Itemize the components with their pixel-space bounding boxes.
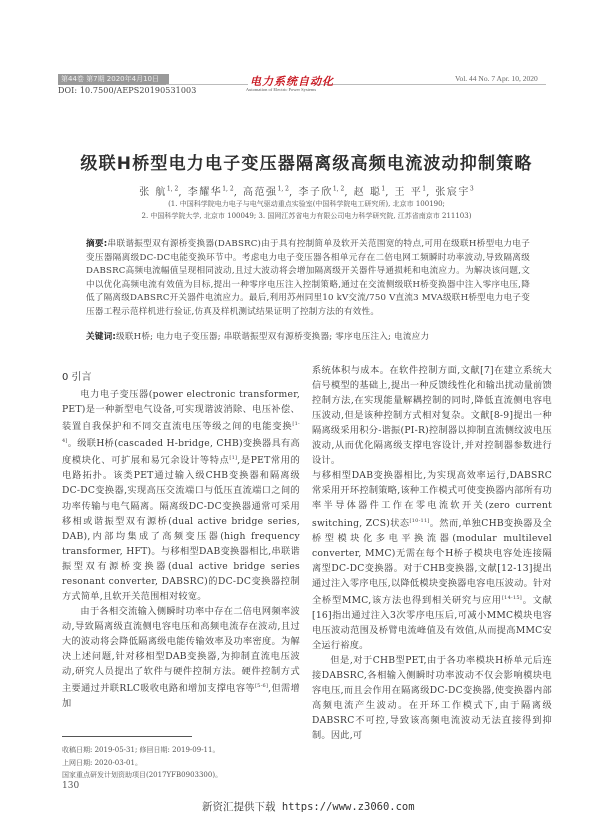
- issue-badge: 第44卷 第7期 2020年4月10日: [58, 74, 169, 85]
- online-date: 上网日期: 2020-03-01。: [62, 757, 222, 770]
- keywords: 关键词:级联H桥; 电力电子变压器; 串联谐振型双有源桥变换器; 零序电压注入;…: [86, 331, 530, 344]
- section-heading: 0 引言: [62, 368, 92, 383]
- affiliation-line-1: (1. 中国科学院电力电子与电气驱动重点实验室(中国科学院电工研究所), 北京市…: [0, 199, 613, 209]
- body-column-right: 系统体积与成本。在软件控制方面,文献[7]在建立系统大信号模型的基础上,提出一种…: [312, 363, 552, 743]
- journal-name-en: Automation of Electric Power Systems: [226, 87, 336, 92]
- download-watermark[interactable]: 新资汇提供下载 https://www.z3060.com: [202, 799, 415, 814]
- author-list: 张 航1, 2, 李耀华1, 2, 高范强1, 2, 李子欣1, 2, 赵 聪1…: [0, 183, 613, 198]
- citation[interactable]: [14-15]: [502, 595, 522, 601]
- citation[interactable]: [10-11]: [410, 517, 430, 523]
- abstract-text: 串联谐振型双有源桥变换器(DABSRC)由于具有控制简单及软开关范围宽的特点,可…: [86, 239, 530, 317]
- author: 李子欣1, 2: [298, 187, 344, 198]
- author: 王 平1: [395, 187, 427, 198]
- author: 高范强1, 2: [243, 187, 289, 198]
- keywords-text: 级联H桥; 电力电子变压器; 串联谐振型双有源桥变换器; 零序电压注入; 电流应…: [116, 332, 429, 342]
- author: 赵 聪1: [354, 187, 386, 198]
- funding: 国家重点研发计划资助项目(2017YFB0903300)。: [62, 769, 222, 782]
- watermark-text: 新资汇提供下载: [202, 801, 276, 813]
- abstract-label: 摘要:: [86, 239, 107, 249]
- volume-info: Vol. 44 No. 7 Apr. 10, 2020: [455, 74, 538, 83]
- paragraph: 但是,对于CHB型PET,由于各功率模块H桥单元后连接DABSRC,各相输入侧瞬…: [312, 653, 552, 743]
- affiliation-line-2: 2. 中国科学院大学, 北京市 100049; 3. 国网江苏省电力有限公司电力…: [0, 211, 613, 221]
- footnote-divider: [62, 736, 192, 737]
- author: 张宸宇3: [435, 187, 473, 198]
- header-rule-right: [316, 84, 546, 85]
- page-number: 130: [62, 781, 79, 791]
- paragraph: 与移相型DAB变换器相比,为实现高效率运行,DABSRC常采用开环控制策略,该种…: [312, 470, 552, 651]
- abstract: 摘要:串联谐振型双有源桥变换器(DABSRC)由于具有控制简单及软开关范围宽的特…: [86, 238, 530, 320]
- body-column-left: 电力电子变压器(power electronic transformer, PE…: [62, 387, 300, 711]
- citation[interactable]: [5-6]: [255, 683, 268, 689]
- doi: DOI: 10.7500/AEPS20190531003: [58, 86, 196, 95]
- watermark-url[interactable]: https://www.z3060.com: [276, 801, 415, 813]
- received-date: 收稿日期: 2019-05-31; 修回日期: 2019-09-11。: [62, 744, 222, 757]
- paragraph: 由于各相交流输入侧瞬时功率中存在二倍电网频率波动,导致隔离级直流侧电容电压和高频…: [62, 604, 300, 711]
- paragraph: 系统体积与成本。在软件控制方面,文献[7]在建立系统大信号模型的基础上,提出一种…: [312, 363, 552, 468]
- paragraph: 电力电子变压器(power electronic transformer, PE…: [62, 387, 300, 604]
- footnotes: 收稿日期: 2019-05-31; 修回日期: 2019-09-11。 上网日期…: [62, 744, 222, 782]
- keywords-label: 关键词:: [86, 332, 116, 342]
- header-rule-left: [166, 84, 248, 85]
- author: 张 航1, 2: [139, 187, 178, 198]
- paper-title: 级联H桥型电力电子变压器隔离级高频电流波动抑制策略: [0, 149, 613, 174]
- author: 李耀华1, 2: [188, 187, 234, 198]
